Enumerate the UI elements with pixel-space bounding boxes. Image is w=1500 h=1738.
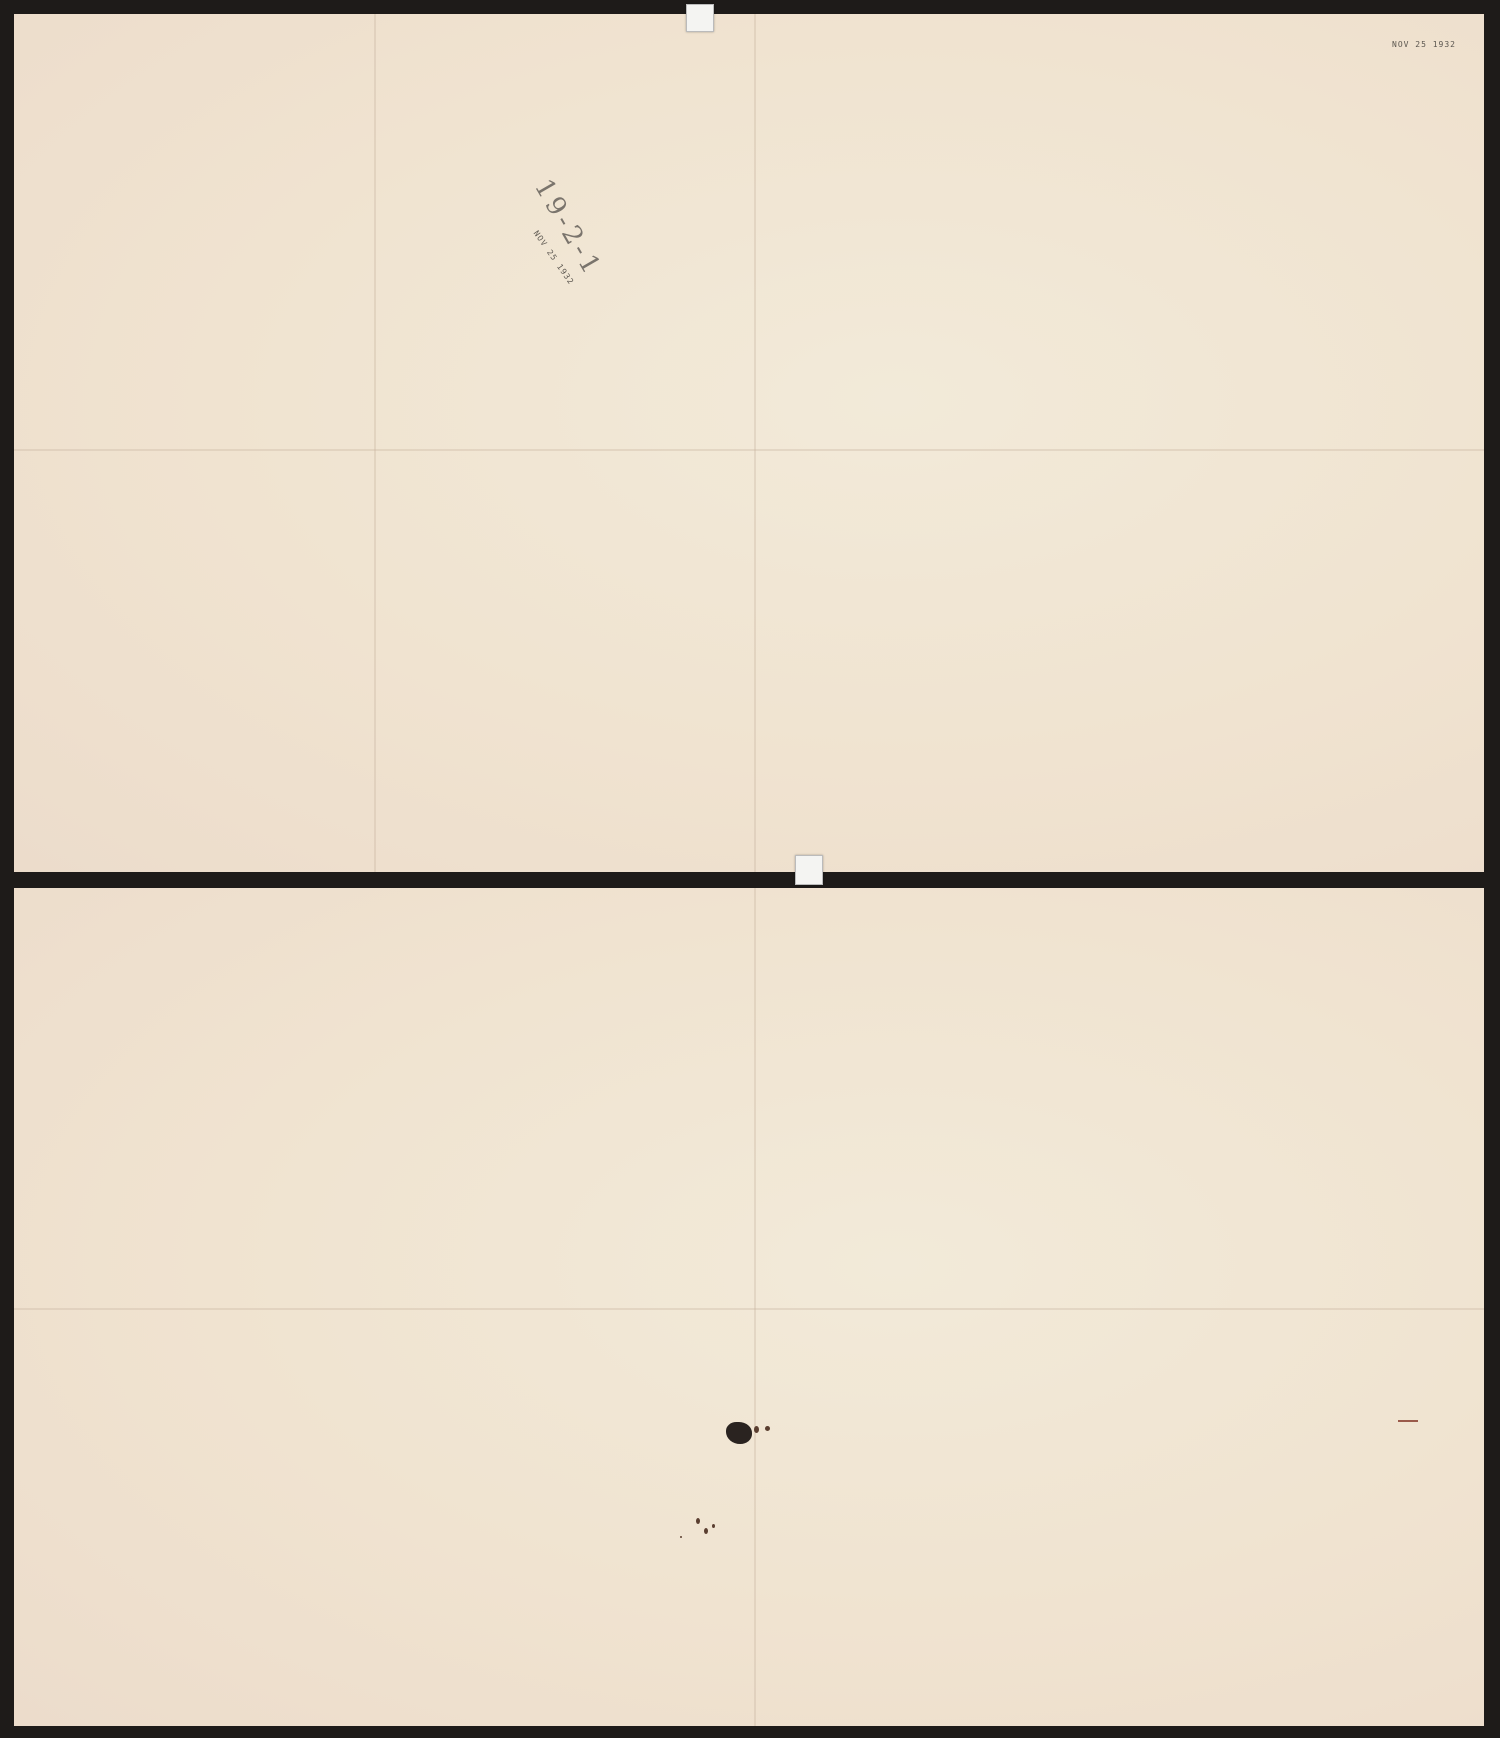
mounting-tab-top [686,4,714,32]
fold-line-center [754,14,756,872]
ink-spatter [765,1426,770,1431]
ink-spatter [704,1528,708,1534]
fold-line-vertical [374,14,376,872]
fold-line-horizontal [14,1308,1484,1310]
fold-line-horizontal [14,449,1484,451]
bottom-sheet [14,888,1484,1726]
ink-spatter [754,1426,759,1433]
ink-spatter [696,1518,700,1524]
ink-spatter [712,1524,715,1528]
mounting-tab-middle [795,855,823,885]
reddish-mark [1398,1420,1418,1422]
fold-line-center [754,888,756,1726]
top-sheet: 19-2-1 NOV 25 1932 NOV 25 1932 [14,14,1484,872]
ink-spatter [680,1536,682,1538]
date-stamp-top-right: NOV 25 1932 [1392,40,1456,49]
ink-blot [726,1422,752,1444]
handwritten-note: 19-2-1 [528,174,608,282]
